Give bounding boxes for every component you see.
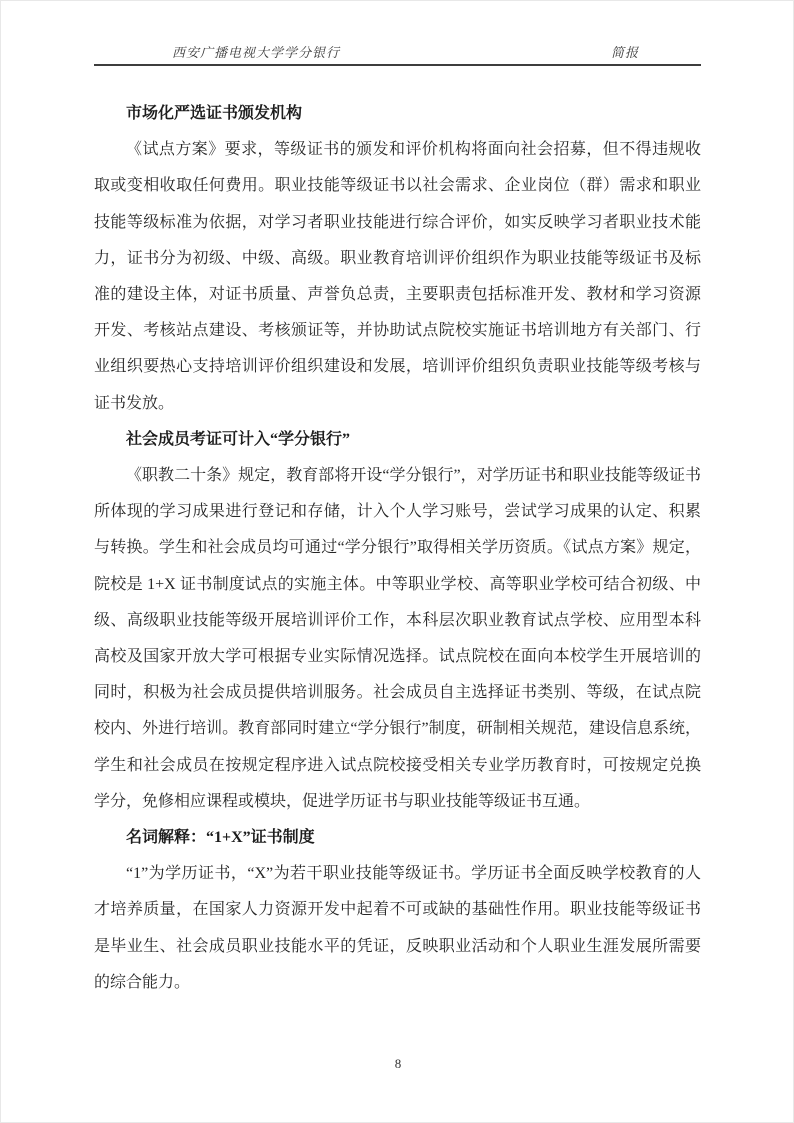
body-paragraph: “1”为学历证书，“X”为若干职业技能等级证书。学历证书全面反映学校教育的人才培…	[94, 856, 701, 1001]
header-left-title: 西安广播电视大学学分银行	[94, 42, 340, 61]
page-footer: 8	[1, 1056, 794, 1072]
section-heading-term-definition: 名词解释：“1+X”证书制度	[94, 820, 701, 856]
body-paragraph: 《职教二十条》规定，教育部将开设“学分银行”，对学历证书和职业技能等级证书所体现…	[94, 458, 701, 820]
section-heading-credit-bank: 社会成员考证可计入“学分银行”	[94, 422, 701, 458]
page-header: 西安广播电视大学学分银行 简报	[94, 41, 701, 66]
header-right-label: 简报	[611, 42, 701, 61]
body-paragraph: 《试点方案》要求，等级证书的颁发和评价机构将面向社会招募，但不得违规收取或变相收…	[94, 132, 701, 422]
document-page: 西安广播电视大学学分银行 简报 市场化严选证书颁发机构 《试点方案》要求，等级证…	[0, 0, 794, 1123]
section-heading-certificate-issuers: 市场化严选证书颁发机构	[94, 96, 701, 132]
document-body: 市场化严选证书颁发机构 《试点方案》要求，等级证书的颁发和评价机构将面向社会招募…	[94, 96, 701, 1001]
page-number: 8	[395, 1056, 402, 1071]
